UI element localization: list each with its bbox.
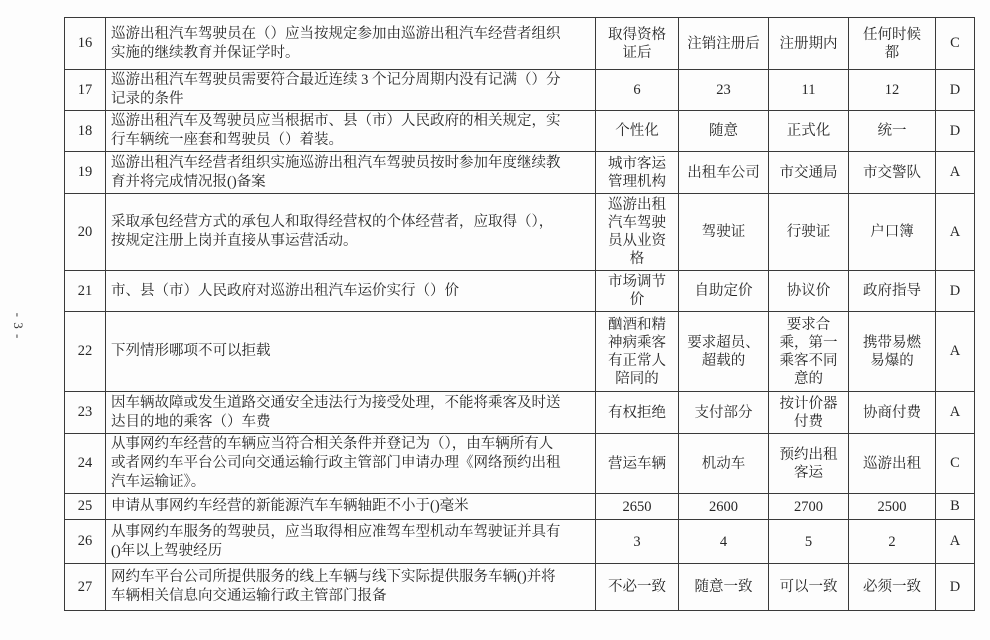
option-c: 预约出租客运	[769, 434, 849, 494]
question-number: 25	[65, 494, 106, 520]
option-b: 自助定价	[679, 271, 769, 312]
question-table-body: 16 巡游出租汽车驾驶员在（）应当按规定参加由巡游出租汽车经营者组织实施的继续教…	[65, 18, 975, 611]
option-d: 任何时候都	[849, 18, 936, 70]
option-c: 按计价器付费	[769, 392, 849, 434]
option-c: 2700	[769, 494, 849, 520]
option-c: 市交通局	[769, 152, 849, 194]
option-c: 协议价	[769, 271, 849, 312]
question-number: 27	[65, 564, 106, 611]
question-text: 从事网约车经营的车辆应当符合相关条件并登记为（），由车辆所有人或者网约车平台公司…	[106, 434, 596, 494]
question-number: 22	[65, 312, 106, 392]
answer: D	[936, 564, 975, 611]
option-a: 市场调节价	[596, 271, 679, 312]
question-text: 从事网约车服务的驾驶员，应当取得相应准驾车型机动车驾驶证并具有()年以上驾驶经历	[106, 520, 596, 564]
table-row: 17 巡游出租汽车驾驶员需要符合最近连续 3 个记分周期内没有记满（）分记录的条…	[65, 70, 975, 111]
question-text: 下列情形哪项不可以拒载	[106, 312, 596, 392]
question-number: 20	[65, 194, 106, 271]
option-b: 驾驶证	[679, 194, 769, 271]
option-c: 行驶证	[769, 194, 849, 271]
option-c: 11	[769, 70, 849, 111]
option-a: 酗酒和精神病乘客有正常人陪同的	[596, 312, 679, 392]
question-table: 16 巡游出租汽车驾驶员在（）应当按规定参加由巡游出租汽车经营者组织实施的继续教…	[64, 17, 975, 611]
option-c: 正式化	[769, 111, 849, 152]
option-d: 统一	[849, 111, 936, 152]
answer: B	[936, 494, 975, 520]
option-a: 6	[596, 70, 679, 111]
option-a: 有权拒绝	[596, 392, 679, 434]
option-b: 要求超员、超载的	[679, 312, 769, 392]
question-text: 申请从事网约车经营的新能源汽车车辆轴距不小于()毫米	[106, 494, 596, 520]
answer: A	[936, 152, 975, 194]
answer: D	[936, 111, 975, 152]
option-d: 2	[849, 520, 936, 564]
question-number: 24	[65, 434, 106, 494]
option-d: 携带易燃易爆的	[849, 312, 936, 392]
option-a: 营运车辆	[596, 434, 679, 494]
option-a: 2650	[596, 494, 679, 520]
option-b: 23	[679, 70, 769, 111]
question-text: 巡游出租汽车经营者组织实施巡游出租汽车驾驶员按时参加年度继续教育并将完成情况报(…	[106, 152, 596, 194]
table-row: 19 巡游出租汽车经营者组织实施巡游出租汽车驾驶员按时参加年度继续教育并将完成情…	[65, 152, 975, 194]
question-text: 市、县（市）人民政府对巡游出租汽车运价实行（）价	[106, 271, 596, 312]
option-d: 2500	[849, 494, 936, 520]
option-d: 户口簿	[849, 194, 936, 271]
option-c: 注册期内	[769, 18, 849, 70]
question-text: 巡游出租汽车驾驶员需要符合最近连续 3 个记分周期内没有记满（）分记录的条件	[106, 70, 596, 111]
option-d: 巡游出租	[849, 434, 936, 494]
option-c: 要求合乘，第一乘客不同意的	[769, 312, 849, 392]
question-text: 采取承包经营方式的承包人和取得经营权的个体经营者，应取得（），按规定注册上岗并直…	[106, 194, 596, 271]
question-number: 23	[65, 392, 106, 434]
question-number: 18	[65, 111, 106, 152]
table-row: 20 采取承包经营方式的承包人和取得经营权的个体经营者，应取得（），按规定注册上…	[65, 194, 975, 271]
question-number: 19	[65, 152, 106, 194]
question-number: 21	[65, 271, 106, 312]
answer: A	[936, 312, 975, 392]
option-a: 取得资格证后	[596, 18, 679, 70]
option-a: 巡游出租汽车驾驶员从业资格	[596, 194, 679, 271]
table-row: 25 申请从事网约车经营的新能源汽车车辆轴距不小于()毫米 2650 2600 …	[65, 494, 975, 520]
option-d: 协商付费	[849, 392, 936, 434]
option-b: 2600	[679, 494, 769, 520]
table-row: 18 巡游出租汽车及驾驶员应当根据市、县（市）人民政府的相关规定，实行车辆统一座…	[65, 111, 975, 152]
question-text: 因车辆故障或发生道路交通安全违法行为接受处理，不能将乘客及时送达目的地的乘客（）…	[106, 392, 596, 434]
answer: C	[936, 434, 975, 494]
option-c: 5	[769, 520, 849, 564]
page-number: - 3 -	[10, 304, 26, 348]
question-text: 巡游出租汽车及驾驶员应当根据市、县（市）人民政府的相关规定，实行车辆统一座套和驾…	[106, 111, 596, 152]
option-d: 市交警队	[849, 152, 936, 194]
option-b: 机动车	[679, 434, 769, 494]
option-c: 可以一致	[769, 564, 849, 611]
question-text: 巡游出租汽车驾驶员在（）应当按规定参加由巡游出租汽车经营者组织实施的继续教育并保…	[106, 18, 596, 70]
option-a: 城市客运管理机构	[596, 152, 679, 194]
question-number: 26	[65, 520, 106, 564]
option-d: 政府指导	[849, 271, 936, 312]
answer: C	[936, 18, 975, 70]
question-text: 网约车平台公司所提供服务的线上车辆与线下实际提供服务车辆()并将车辆相关信息向交…	[106, 564, 596, 611]
answer: A	[936, 520, 975, 564]
option-b: 支付部分	[679, 392, 769, 434]
option-b: 随意一致	[679, 564, 769, 611]
option-b: 随意	[679, 111, 769, 152]
question-number: 17	[65, 70, 106, 111]
table-row: 24 从事网约车经营的车辆应当符合相关条件并登记为（），由车辆所有人或者网约车平…	[65, 434, 975, 494]
option-b: 出租车公司	[679, 152, 769, 194]
option-a: 3	[596, 520, 679, 564]
answer: D	[936, 70, 975, 111]
option-a: 个性化	[596, 111, 679, 152]
table-row: 27 网约车平台公司所提供服务的线上车辆与线下实际提供服务车辆()并将车辆相关信…	[65, 564, 975, 611]
table-row: 26 从事网约车服务的驾驶员，应当取得相应准驾车型机动车驾驶证并具有()年以上驾…	[65, 520, 975, 564]
option-b: 注销注册后	[679, 18, 769, 70]
table-row: 23 因车辆故障或发生道路交通安全违法行为接受处理，不能将乘客及时送达目的地的乘…	[65, 392, 975, 434]
answer: D	[936, 271, 975, 312]
answer: A	[936, 392, 975, 434]
option-b: 4	[679, 520, 769, 564]
option-a: 不必一致	[596, 564, 679, 611]
option-d: 12	[849, 70, 936, 111]
answer: A	[936, 194, 975, 271]
option-d: 必须一致	[849, 564, 936, 611]
table-row: 16 巡游出租汽车驾驶员在（）应当按规定参加由巡游出租汽车经营者组织实施的继续教…	[65, 18, 975, 70]
question-number: 16	[65, 18, 106, 70]
table-row: 21 市、县（市）人民政府对巡游出租汽车运价实行（）价 市场调节价 自助定价 协…	[65, 271, 975, 312]
table-row: 22 下列情形哪项不可以拒载 酗酒和精神病乘客有正常人陪同的 要求超员、超载的 …	[65, 312, 975, 392]
